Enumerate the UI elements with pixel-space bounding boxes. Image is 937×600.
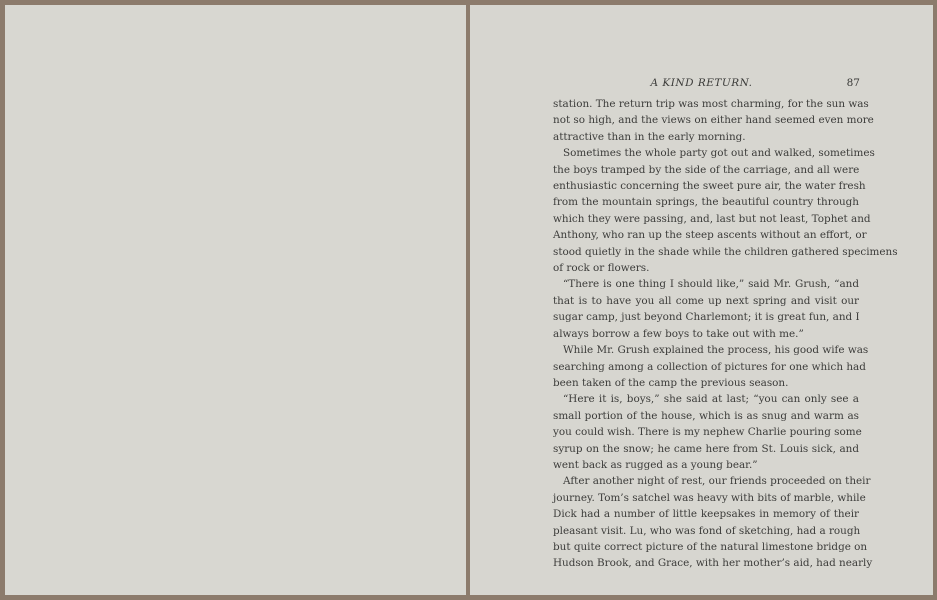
text-line: attractive than in the early morning. (553, 129, 859, 145)
text-line: of rock or flowers. (553, 260, 859, 276)
page-number: 87 (847, 77, 860, 89)
text-line: pleasant visit. Lu, who was fond of sket… (553, 523, 859, 539)
text-line: Dick had a number of little keepsakes in… (553, 506, 859, 522)
text-line: but quite correct picture of the natural… (553, 539, 859, 555)
text-line: “Here it is, boys,” she said at last; “y… (553, 391, 859, 407)
text-line: which they were passing, and, last but n… (553, 211, 859, 227)
text-line: While Mr. Grush explained the process, h… (553, 342, 859, 358)
text-line: sugar camp, just beyond Charlemont; it i… (553, 309, 859, 325)
text-line: Hudson Brook, and Grace, with her mother… (553, 555, 859, 571)
text-line: that is to have you all come up next spr… (553, 293, 859, 309)
text-line: stood quietly in the shade while the chi… (553, 244, 859, 260)
running-title: A KIND RETURN. (470, 77, 933, 89)
paragraph: “Here it is, boys,” she said at last; “y… (553, 391, 859, 473)
text-line: always borrow a few boys to take out wit… (553, 326, 859, 342)
page-header: A KIND RETURN. 87 (470, 77, 933, 93)
text-line: from the mountain springs, the beautiful… (553, 194, 859, 210)
text-line: you could wish. There is my nephew Charl… (553, 424, 859, 440)
paragraph: After another night of rest, our friends… (553, 473, 859, 571)
text-line: After another night of rest, our friends… (553, 473, 859, 489)
text-line: small portion of the house, which is as … (553, 408, 859, 424)
paragraph: “There is one thing I should like,” said… (553, 276, 859, 342)
text-line: station. The return trip was most charmi… (553, 96, 859, 112)
text-line: not so high, and the views on either han… (553, 112, 859, 128)
left-page-blank (5, 5, 466, 595)
text-line: “There is one thing I should like,” said… (553, 276, 859, 292)
paragraph: Sometimes the whole party got out and wa… (553, 145, 859, 276)
text-line: searching among a collection of pictures… (553, 359, 859, 375)
text-line: been taken of the camp the previous seas… (553, 375, 859, 391)
paragraph: While Mr. Grush explained the process, h… (553, 342, 859, 391)
text-line: Anthony, who ran up the steep ascents wi… (553, 227, 859, 243)
text-line: the boys tramped by the side of the carr… (553, 162, 859, 178)
text-line: went back as rugged as a young bear.” (553, 457, 859, 473)
text-line: enthusiastic concerning the sweet pure a… (553, 178, 859, 194)
text-line: journey. Tom’s satchel was heavy with bi… (553, 490, 859, 506)
text-line: Sometimes the whole party got out and wa… (553, 145, 859, 161)
right-page: A KIND RETURN. 87 station. The return tr… (470, 5, 933, 595)
text-line: syrup on the snow; he came here from St.… (553, 441, 859, 457)
paragraph: station. The return trip was most charmi… (553, 96, 859, 145)
body-text: station. The return trip was most charmi… (553, 96, 859, 572)
